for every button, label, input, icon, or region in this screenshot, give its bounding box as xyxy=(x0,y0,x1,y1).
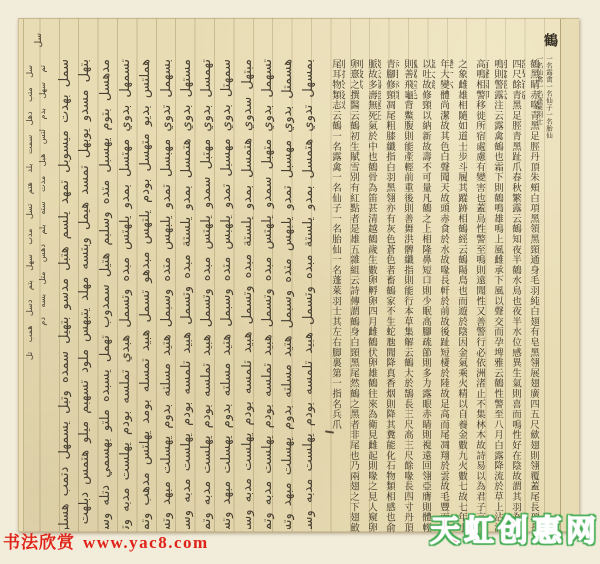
chinese-column: 青腳修頸凋尾粗膝纖指白羽黑翎亦有灰色蒼色者畜鶴家不生蛇虺聞降真香烟則降其糞能化石… xyxy=(378,59,396,533)
manchu-column: مبتهل سدوي هتمسل بمدو يلستة مبده وتسمل ه… xyxy=(240,59,260,529)
manchu-column: بسهمل تدوي مهبسل تمدو يلبهس متده وسبمل ه… xyxy=(159,59,179,529)
manuscript-paper: 鶴 一名露禽一名仙子一名胎仙 一名仙禽一名蓬萊羽士 鶴黑睛赤喙青黑足脛丹頂朱頰白… xyxy=(18,18,579,532)
manchu-column: هسمتل بدوي مهسبل تمدو يلبهس متده وسبمل ه… xyxy=(280,59,300,529)
watermark-yac8-url: www.yac8.com xyxy=(83,533,209,552)
scanned-manuscript-screenshot: { "document": { "description_label": "Ma… xyxy=(0,0,600,564)
watermark-yac8: 书法欣赏www.yac8.com xyxy=(3,528,209,553)
chinese-column: 脈故多壽無死氣於中也鶴骨為笛甚清越鶴歲生數卵孵卵四月雌鶴伏卵雄鶴往來為衛見雌起則… xyxy=(360,59,378,533)
manchu-column: سمهتل بدوي مهسبل تمدو يلهبس متده وسبمل ه… xyxy=(219,59,239,529)
watermark-yac8-title: 书法欣赏 xyxy=(3,533,75,552)
manchu-column: مستهل بدوي هتمسل بمدو يلستة مبده وتسمل ه… xyxy=(179,59,199,529)
entry-title-crane: 鶴 xyxy=(540,33,560,47)
folio-mark: سل xyxy=(34,33,46,59)
chinese-column: 鳴則警露注云露禽鶴也霜下則鶴鳴雄鳴上風雌承下風以聲交而孕埤雅云鶴性警至八月白露降… xyxy=(486,59,504,533)
manchu-column: تسهمل بدوي متهبل سمدو يلهتس مبده وتسمل ه… xyxy=(260,59,280,529)
paper-right-margin xyxy=(560,19,579,531)
chinese-column: 四尺餘青黑足脛青黑趾爪春秋繁露云鶴知夜半鶴水鳥也夜半水位感異生氣則喜而鳴性好在陰… xyxy=(504,59,522,533)
chinese-column: 年大變體尚潔故其色白聲聞天故頭赤食於水故喙長軒於前故後趾短棲於陸故足高而尾凋翔於… xyxy=(432,59,450,533)
manchu-gloss-outer: تم سهل بدم لتس هبل مدت سته بلم دهس متل ب… xyxy=(38,65,49,433)
paper-left-margin xyxy=(19,19,24,531)
manchu-column: تسمهل بدوي مهتسل بمدو يلهتس مبده وتسمل ه… xyxy=(118,59,138,529)
title-annotation-line-1: 一名露禽一名仙子一名胎仙 xyxy=(546,55,555,175)
manchu-column: بمسهل تدوي هتمسل بمدو يلستة مبده وتسمل ه… xyxy=(301,59,321,529)
manchu-column: سمل بهدت ميسوبل تمهد يلسم هتبل مدسو بتهي… xyxy=(57,59,77,529)
manchu-column: مدهسل بتوم يهسبل متده وسلبم هتيل سمدوب ت… xyxy=(98,59,118,529)
chinese-column: 則善飛龜背鱉腹則能產輕前重後則善舞洪髀纖指則能行本草集解云鶴大於鵠長三尺高三尺餘… xyxy=(396,59,414,533)
manchu-gloss-inner: سل متب دهل سمت بلد هتم تسل مدب سهل بتم د… xyxy=(25,65,36,433)
watermark-tianhong: 天虹创惠网 xyxy=(430,506,600,550)
chinese-column: 鶴黑睛赤喙青黑足脛丹頂朱頰白項黑領黑頸通身毛羽純白翅有皂黑翎展翅廣四五尺歛翅則翎… xyxy=(522,59,540,533)
manchu-column: هملتس بديو متهسل بودم يلتهس مبدهو تسمل ه… xyxy=(138,59,158,529)
chinese-column: 卵憙之撰醫云鶴初生賦雪別有紅點者是雄五雜組云詩傳謂鶴身白頸黑尾然鶴之黑者非尾也乃… xyxy=(342,59,360,533)
chinese-column: 尾耳物類志云鶴一名露禽一名仙子一名胎仙一名蓬萊羽士其左右脚裏第一指名兵爪 xyxy=(324,59,342,533)
chinese-column: 以吐故修頸以納新故壽不可量凡鶴之上相隆鼻短口則少眠高腳疏節則多力露眼赤睛則視遠回… xyxy=(414,59,432,533)
chinese-column: 高鳴相警移徙所宿處慮有變害也蓋鳥性警至鳴則遠聞性又善警行必依洲渚止不集林木故詩易… xyxy=(468,59,486,533)
manchu-column: بتهل مسدو يوبهل تمسد هيمل وبتسه مهلد يتب… xyxy=(77,59,97,529)
chinese-column: 之象雌雄相隨如道士步斗履其蹤跡相鶴經云鶴陽鳥也而遊於陰因金氣乘火精以自養金數九火… xyxy=(450,59,468,533)
manchu-column: تهمسل بدوي مهتبل سمدو يلهتس مبده وتسمل ه… xyxy=(199,59,219,529)
